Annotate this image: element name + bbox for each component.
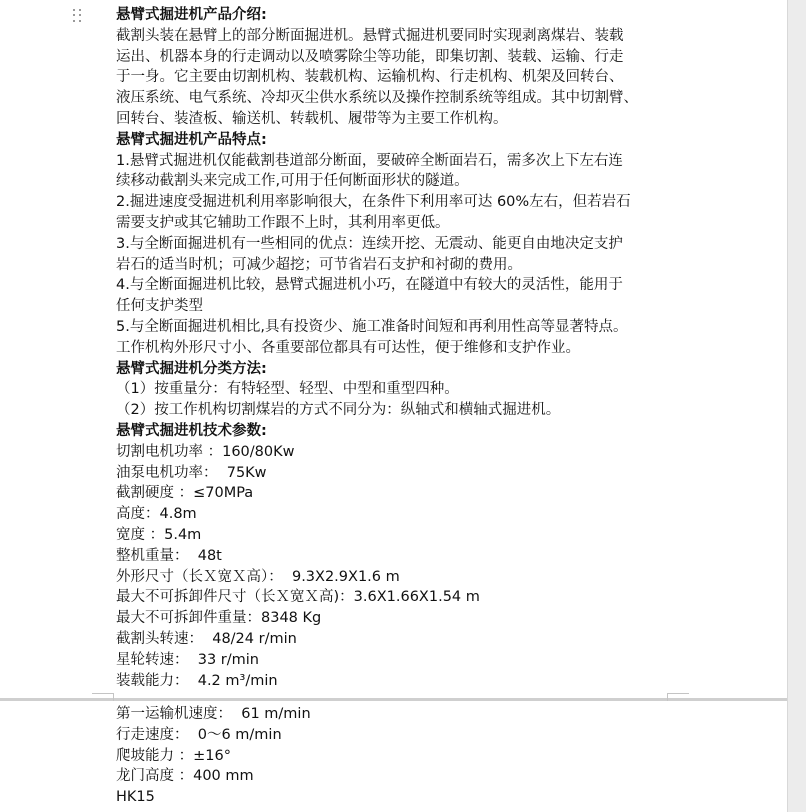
feature-line: 需要支护或其它辅助工作跟不上时，其利用率更低。	[116, 213, 676, 234]
spec-line: 最大不可拆卸件尺寸（长Ｘ宽Ｘ高)：3.6X1.66X1.54 m	[116, 587, 676, 608]
spec-line: 宽度 ：5.4m	[116, 525, 676, 546]
feature-line: 续移动截割头来完成工作,可用于任何断面形状的隧道。	[116, 171, 676, 192]
section-heading-intro: 悬臂式掘进机产品介绍:	[116, 5, 676, 26]
spec-line: 龙门高度 ：400 mm	[116, 766, 676, 787]
classification-line: （1）按重量分：有特轻型、轻型、中型和重型四种。	[116, 379, 676, 400]
section-heading-specs: 悬臂式掘进机技术参数:	[116, 421, 676, 442]
spec-line: 星轮转速： 33 r/min	[116, 650, 676, 671]
drag-handle-icon[interactable]	[73, 9, 83, 23]
workspace-gutter	[787, 0, 806, 812]
paragraph-line: 于一身。它主要由切割机构、装载机构、运输机构、行走机构、机架及回转台、	[116, 67, 676, 88]
section-heading-features: 悬臂式掘进机产品特点:	[116, 130, 676, 151]
feature-line: 4.与全断面掘进机比较，悬臂式掘进机小巧，在隧道中有较大的灵活性，能用于	[116, 275, 676, 296]
spec-line: 油泵电机功率： 75Kw	[116, 463, 676, 484]
spec-line: 最大不可拆卸件重量：8348 Kg	[116, 608, 676, 629]
section-heading-classification: 悬臂式掘进机分类方法:	[116, 359, 676, 380]
feature-line: 2.掘进速度受掘进机利用率影响很大，在条件下利用率可达 60%左右，但若岩石	[116, 192, 676, 213]
feature-line: 任何支护类型	[116, 296, 676, 317]
feature-line: 1.悬臂式掘进机仅能截割巷道部分断面，要破碎全断面岩石，需多次上下左右连	[116, 151, 676, 172]
feature-line: 岩石的适当时机；可减少超挖；可节省岩石支护和衬砌的费用。	[116, 255, 676, 276]
paragraph-line: 回转台、装渣板、输送机、转载机、履带等为主要工作机构。	[116, 109, 676, 130]
paragraph-line: 运出、机器本身的行走调动以及喷雾除尘等功能，即集切割、装载、运输、行走	[116, 47, 676, 68]
spec-line: 行走速度： 0～6 m/min	[116, 725, 676, 746]
paragraph-line: 液压系统、电气系统、冷却灭尘供水系统以及操作控制系统等组成。其中切割臂、	[116, 88, 676, 109]
spec-line: 截割硬度 ：≤70MPa	[116, 483, 676, 504]
paragraph-line: 截割头装在悬臂上的部分断面掘进机。悬臂式掘进机要同时实现剥离煤岩、装载	[116, 26, 676, 47]
spec-line: 切割电机功率 ：160/80Kw	[116, 442, 676, 463]
page-2-content[interactable]: 第一运输机速度： 61 m/min 行走速度： 0～6 m/min 爬坡能力 ：…	[116, 704, 676, 808]
spec-line: 截割头转速： 48/24 r/min	[116, 629, 676, 650]
spec-line: 装载能力： 4.2 m³/min	[116, 671, 676, 692]
classification-line: （2）按工作机构切割煤岩的方式不同分为：纵轴式和横轴式掘进机。	[116, 400, 676, 421]
feature-line: 5.与全断面掘进机相比,具有投资少、施工准备时间短和再利用性高等显著特点。	[116, 317, 676, 338]
spec-line: 外形尺寸（长Ｘ宽Ｘ高）： 9.3X2.9X1.6 m	[116, 567, 676, 588]
document-page-1: 悬臂式掘进机产品介绍: 截割头装在悬臂上的部分断面掘进机。悬臂式掘进机要同时实现…	[0, 0, 787, 698]
model-label: HK15	[116, 787, 676, 808]
feature-line: 3.与全断面掘进机有一些相同的优点：连续开挖、无震动、能更自由地决定支护	[116, 234, 676, 255]
spec-line: 第一运输机速度： 61 m/min	[116, 704, 676, 725]
feature-line: 工作机构外形尺寸小、各重要部位都具有可达性，便于维修和支护作业。	[116, 338, 676, 359]
spec-line: 高度：4.8m	[116, 504, 676, 525]
spec-line: 爬坡能力 ：±16°	[116, 746, 676, 767]
page-1-content[interactable]: 悬臂式掘进机产品介绍: 截割头装在悬臂上的部分断面掘进机。悬臂式掘进机要同时实现…	[116, 5, 676, 691]
document-page-2: 第一运输机速度： 61 m/min 行走速度： 0～6 m/min 爬坡能力 ：…	[0, 701, 787, 812]
spec-line: 整机重量： 48t	[116, 546, 676, 567]
